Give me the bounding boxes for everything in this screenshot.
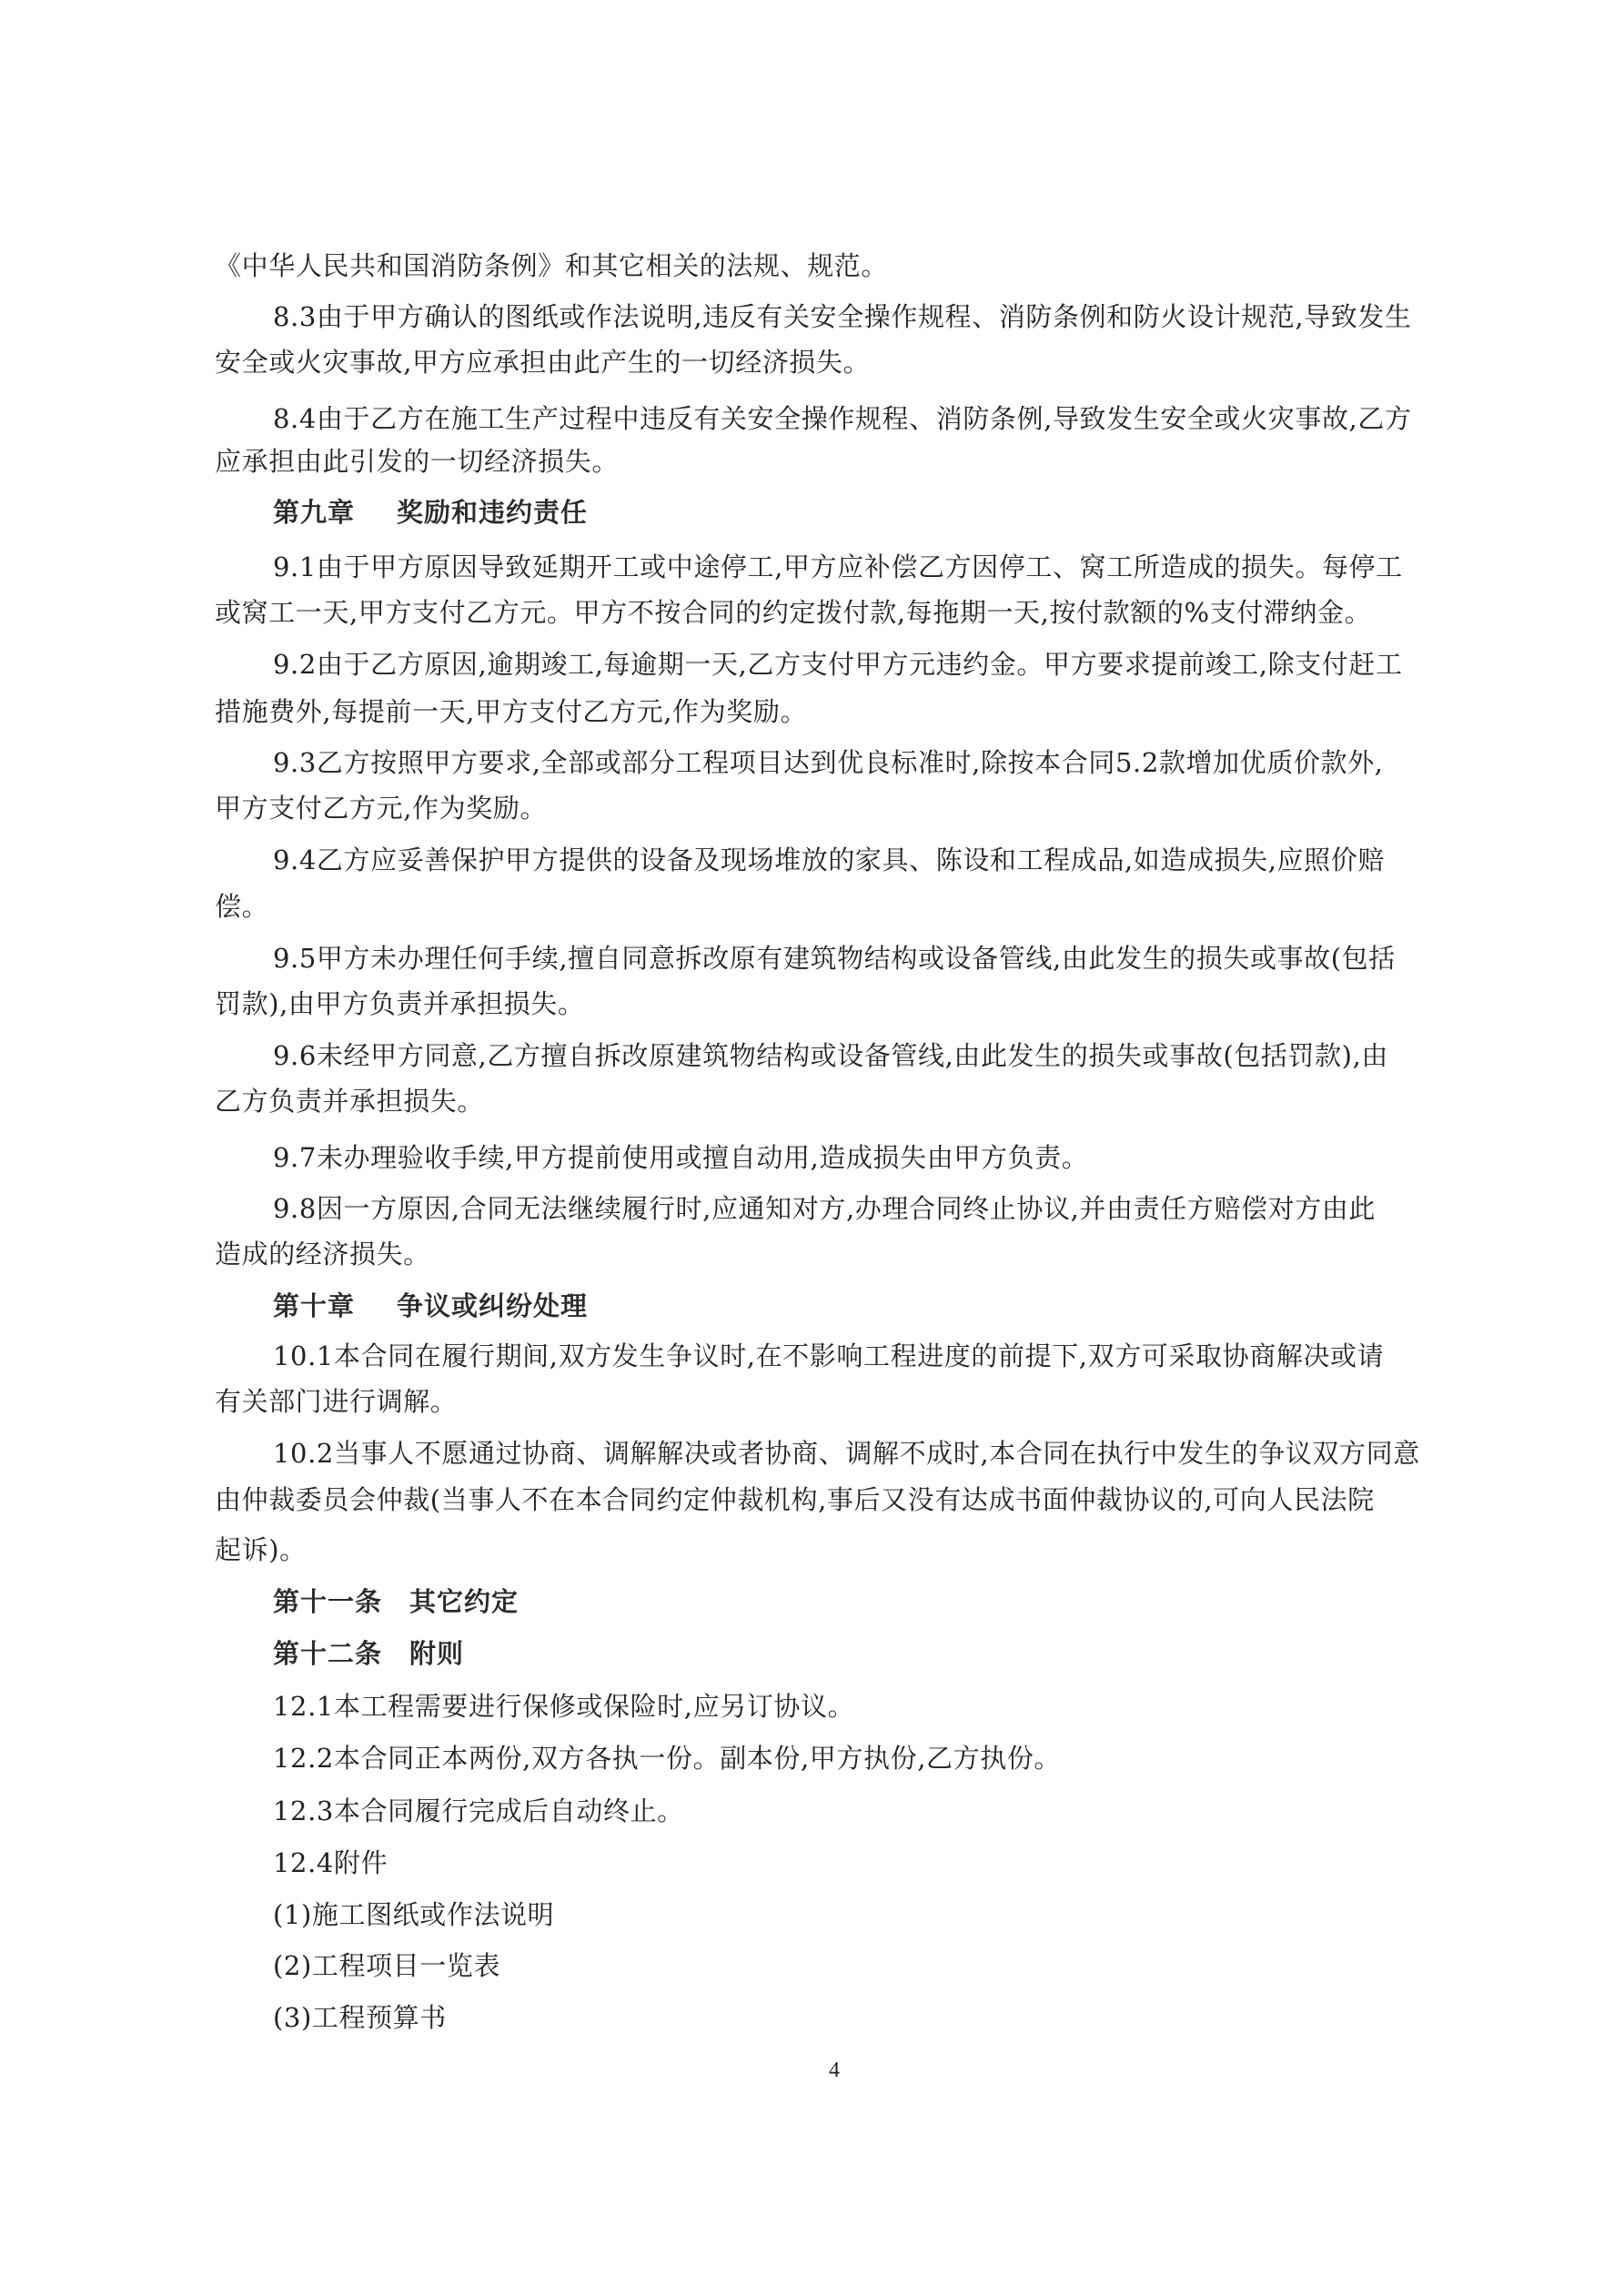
chapter-title: 争议或纠纷处理	[397, 1290, 588, 1321]
paragraph-12-4: 12.4附件	[273, 1845, 388, 1881]
paragraph-9-3: 9.3乙方按照甲方要求,全部或部分工程项目达到优良标准时,除按本合同5.2款增加…	[273, 744, 1384, 781]
paragraph-line: 甲方支付乙方元,作为奖励。	[215, 790, 547, 826]
paragraph-line: 罚款),由甲方负责并承担损失。	[215, 986, 585, 1022]
paragraph-9-7: 9.7未办理验收手续,甲方提前使用或擅自动用,造成损失由甲方负责。	[273, 1139, 1088, 1176]
chapter-title: 奖励和违约责任	[397, 497, 588, 528]
article-number: 第十二条	[273, 1638, 382, 1669]
page-number: 4	[823, 2057, 845, 2084]
paragraph-line: 起诉)。	[215, 1532, 307, 1568]
paragraph-12-3: 12.3本合同履行完成后自动终止。	[273, 1793, 684, 1829]
paragraph-line: 由仲裁委员会仲裁(当事人不在本合同约定仲裁机构,事后又没有达成书面仲裁协议的,可…	[215, 1482, 1375, 1518]
attachment-item-3: (3)工程预算书	[273, 1999, 447, 2036]
chapter-number: 第九章	[273, 497, 355, 528]
paragraph-9-1: 9.1由于甲方原因导致延期开工或中途停工,甲方应补偿乙方因停工、窝工所造成的损失…	[273, 549, 1403, 585]
paragraph-line: 偿。	[215, 888, 268, 925]
article-number: 第十一条	[273, 1586, 382, 1617]
paragraph-8-3: 8.3由于甲方确认的图纸或作法说明,违反有关安全操作规程、消防条例和防火设计规范…	[273, 298, 1412, 335]
paragraph-line: 有关部门进行调解。	[215, 1383, 457, 1420]
paragraph-line: 措施费外,每提前一天,甲方支付乙方元,作为奖励。	[215, 693, 807, 730]
paragraph-12-2: 12.2本合同正本两份,双方各执一份。副本份,甲方执份,乙方执份。	[273, 1740, 1061, 1776]
chapter-10-heading: 第十章争议或纠纷处理	[273, 1288, 588, 1324]
paragraph-9-4: 9.4乙方应妥善保护甲方提供的设备及现场堆放的家具、陈设和工程成品,如造成损失,…	[273, 842, 1385, 878]
paragraph-line: 造成的经济损失。	[215, 1236, 430, 1272]
paragraph-9-8: 9.8因一方原因,合同无法继续履行时,应通知对方,办理合同终止协议,并由责任方赔…	[273, 1190, 1376, 1227]
paragraph-8-4: 8.4由于乙方在施工生产过程中违反有关安全操作规程、消防条例,导致发生安全或火灾…	[273, 400, 1412, 437]
attachment-item-1: (1)施工图纸或作法说明	[273, 1896, 554, 1933]
paragraph-line: 乙方负责并承担损失。	[215, 1083, 484, 1119]
paragraph-10-2: 10.2当事人不愿通过协商、调解解决或者协商、调解不成时,本合同在执行中发生的争…	[273, 1435, 1420, 1472]
paragraph-9-5: 9.5甲方未办理任何手续,擅自同意拆改原有建筑物结构或设备管线,由此发生的损失或…	[273, 940, 1396, 976]
article-11-heading: 第十一条其它约定	[273, 1583, 519, 1620]
article-title: 其它约定	[409, 1586, 519, 1617]
paragraph-line: 安全或火灾事故,甲方应承担由此产生的一切经济损失。	[215, 344, 870, 380]
article-12-heading: 第十二条附则	[273, 1635, 464, 1672]
attachment-item-2: (2)工程项目一览表	[273, 1947, 500, 1984]
paragraph-line: 应承担由此引发的一切经济损失。	[215, 443, 619, 480]
chapter-number: 第十章	[273, 1290, 355, 1321]
paragraph-12-1: 12.1本工程需要进行保修或保险时,应另订协议。	[273, 1688, 854, 1725]
paragraph-line: 或窝工一天,甲方支付乙方元。甲方不按合同的约定拨付款,每拖期一天,按付款额的%支…	[215, 594, 1371, 631]
paragraph-9-6: 9.6未经甲方同意,乙方擅自拆改原建筑物结构或设备管线,由此发生的损失或事故(包…	[273, 1037, 1388, 1074]
chapter-9-heading: 第九章奖励和违约责任	[273, 494, 588, 531]
document-page: 《中华人民共和国消防条例》和其它相关的法规、规范。 8.3由于甲方确认的图纸或作…	[0, 0, 1624, 2296]
paragraph-10-1: 10.1本合同在履行期间,双方发生争议时,在不影响工程进度的前提下,双方可采取协…	[273, 1338, 1384, 1374]
paragraph-line: 《中华人民共和国消防条例》和其它相关的法规、规范。	[215, 248, 888, 284]
article-title: 附则	[409, 1638, 464, 1669]
paragraph-9-2: 9.2由于乙方原因,逾期竣工,每逾期一天,乙方支付甲方元违约金。甲方要求提前竣工…	[273, 646, 1403, 683]
